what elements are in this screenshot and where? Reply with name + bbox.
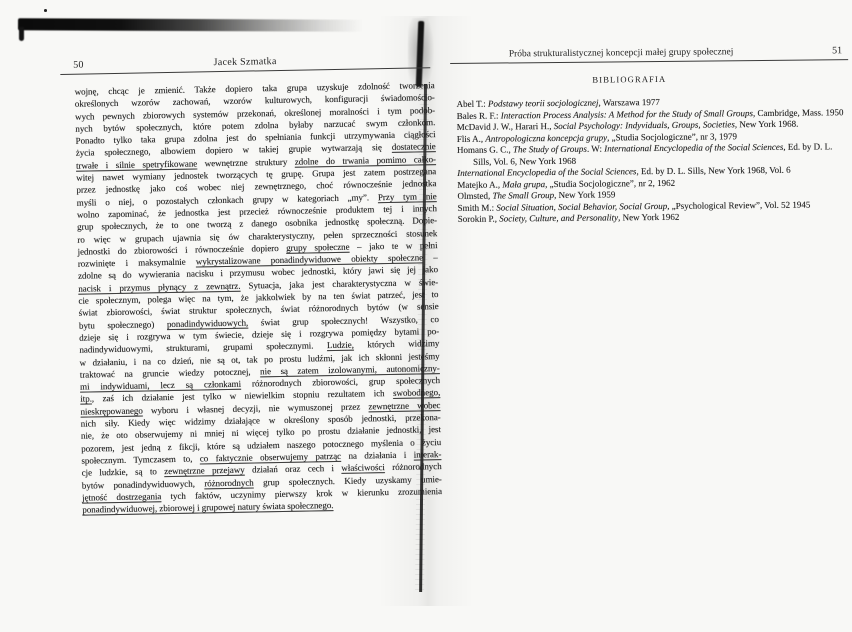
right-running-head-text: Próba strukturalistycznej koncepcji małe… — [509, 47, 734, 59]
text-segment: , Warszawa 1977 — [598, 97, 659, 108]
text-segment: działań oraz cech i — [245, 463, 342, 475]
italic-title: Interaction Process Analysis: A Method f… — [501, 108, 753, 120]
text-segment: , Cambridge, Mass. 1950 — [753, 107, 844, 118]
text-segment: , „Studia Socjologiczne”, nr 2, 1962 — [545, 177, 675, 188]
text-segment: Matejko A., — [457, 179, 502, 189]
underlined-phrase: zewnętrzne przejawy — [164, 465, 245, 476]
text-segment: których widzimy — [354, 338, 440, 350]
text-segment: cje ludzkie, są to — [82, 466, 165, 478]
underlined-phrase: trwałe i silnie spetryfikowane — [76, 158, 197, 170]
text-segment: . W: — [587, 144, 604, 154]
underlined-phrase: interak- — [414, 449, 442, 460]
scanned-book-spread: 50 Jacek Szmatka wojnę, chcąc je zmienić… — [0, 0, 852, 632]
ink-speck — [44, 9, 47, 12]
text-segment: Homans G. C., — [457, 144, 513, 155]
text-segment: Bales R. F.: — [457, 110, 501, 120]
text-segment: Flis A., — [457, 133, 486, 143]
text-segment: , „Studia Socjologiczne”, nr 3, 1979 — [607, 131, 737, 142]
italic-title: Social Situation, Social Behavior, Socia… — [496, 200, 667, 212]
underlined-phrase: grupy społeczne — [286, 242, 350, 253]
bibliography-entry: Sorokin P., Society, Culture, and Person… — [458, 210, 846, 225]
italic-title: Podstawy teorii socjologicznej — [488, 98, 599, 109]
underlined-phrase: itp. — [80, 394, 92, 404]
italic-title: International Encyclopedia of the Social… — [604, 142, 783, 154]
italic-title: International Encyclopedia of the Social… — [457, 166, 636, 178]
italic-title: The Small Group — [492, 190, 554, 201]
right-page-number: 51 — [832, 45, 842, 56]
text-segment: wewnętrzne struktury — [197, 156, 295, 168]
left-body-text: wojnę, chcąc je zmienić. Także dopiero t… — [75, 79, 443, 516]
underlined-phrase: nieskrępowanego — [80, 405, 142, 416]
italic-title: Society, Culture, and Personality — [499, 212, 618, 223]
underlined-phrase: jętność dostrzegania — [82, 491, 161, 502]
underlined-phrase: właściwości — [341, 462, 385, 473]
text-segment: różnorodnych — [385, 461, 442, 472]
text-segment: – jako te w pełni — [349, 240, 437, 252]
left-running-header: 50 Jacek Szmatka — [60, 49, 430, 75]
italic-title: Mała grupa — [502, 179, 545, 189]
text-segment: bytu społecznego) — [79, 319, 167, 331]
italic-title: Social Psychology: Indyviduals, Groups, … — [554, 119, 735, 131]
text-segment: , New York 1962 — [618, 212, 679, 223]
left-running-head-text: Jacek Szmatka — [214, 56, 277, 68]
text-segment: na działania i — [341, 449, 414, 460]
italic-title: The Study of Groups — [513, 144, 587, 155]
text-segment: , „Psychological Review”, Vol. 52 1945 — [667, 199, 810, 210]
bibliography-section-title: BIBLIOGRAFIA — [450, 72, 848, 86]
underlined-phrase: zewnętrzne wobec — [368, 400, 440, 411]
text-segment: McDavid J. W., Harari H., — [457, 121, 554, 132]
underlined-phrase: różnorodnych — [204, 477, 254, 488]
text-segment: Smith M.: — [458, 202, 497, 212]
text-segment: – — [423, 252, 438, 262]
page-edge-shadow-curl — [19, 27, 24, 41]
underlined-phrase: Przy tym nie — [378, 191, 437, 202]
text-segment: Olmsted, — [457, 191, 492, 201]
underlined-phrase: ponadindywiduowej, zbiorowej i grupowej … — [82, 500, 333, 515]
text-segment: rozwinięte i maksymalnie — [78, 257, 196, 269]
text-segment: , Ed. by D. L. Sills, New York 1968, Vol… — [636, 165, 790, 176]
right-page: Próba strukturalistycznej koncepcji małe… — [450, 42, 850, 225]
page-edge-shadow — [18, 18, 363, 32]
text-segment: bytów ponadindywiduowych, — [82, 478, 205, 490]
italic-title: Antropologiczna koncepcja grupy — [485, 132, 607, 143]
underlined-phrase: swobodnego, — [393, 388, 440, 399]
underlined-phrase: Ludzie, — [327, 340, 354, 350]
left-page-number: 50 — [73, 60, 84, 71]
underlined-phrase: ponadindywiduowych, — [167, 317, 248, 328]
text-segment: Abel T.: — [457, 99, 489, 109]
text-segment: , New York 1959 — [554, 189, 615, 200]
text-segment: , New York 1968. — [735, 119, 799, 130]
right-running-header: Próba strukturalistycznej koncepcji małe… — [450, 42, 848, 64]
bibliography-list: Abel T.: Podstawy teorii socjologicznej,… — [457, 95, 846, 225]
text-segment: Sorokin P., — [458, 214, 500, 224]
text-segment: społecznym. Tymczasem to, — [81, 453, 200, 465]
left-page: 50 Jacek Szmatka wojnę, chcąc je zmienić… — [60, 49, 438, 516]
underlined-phrase: dostatecznie — [392, 142, 436, 153]
